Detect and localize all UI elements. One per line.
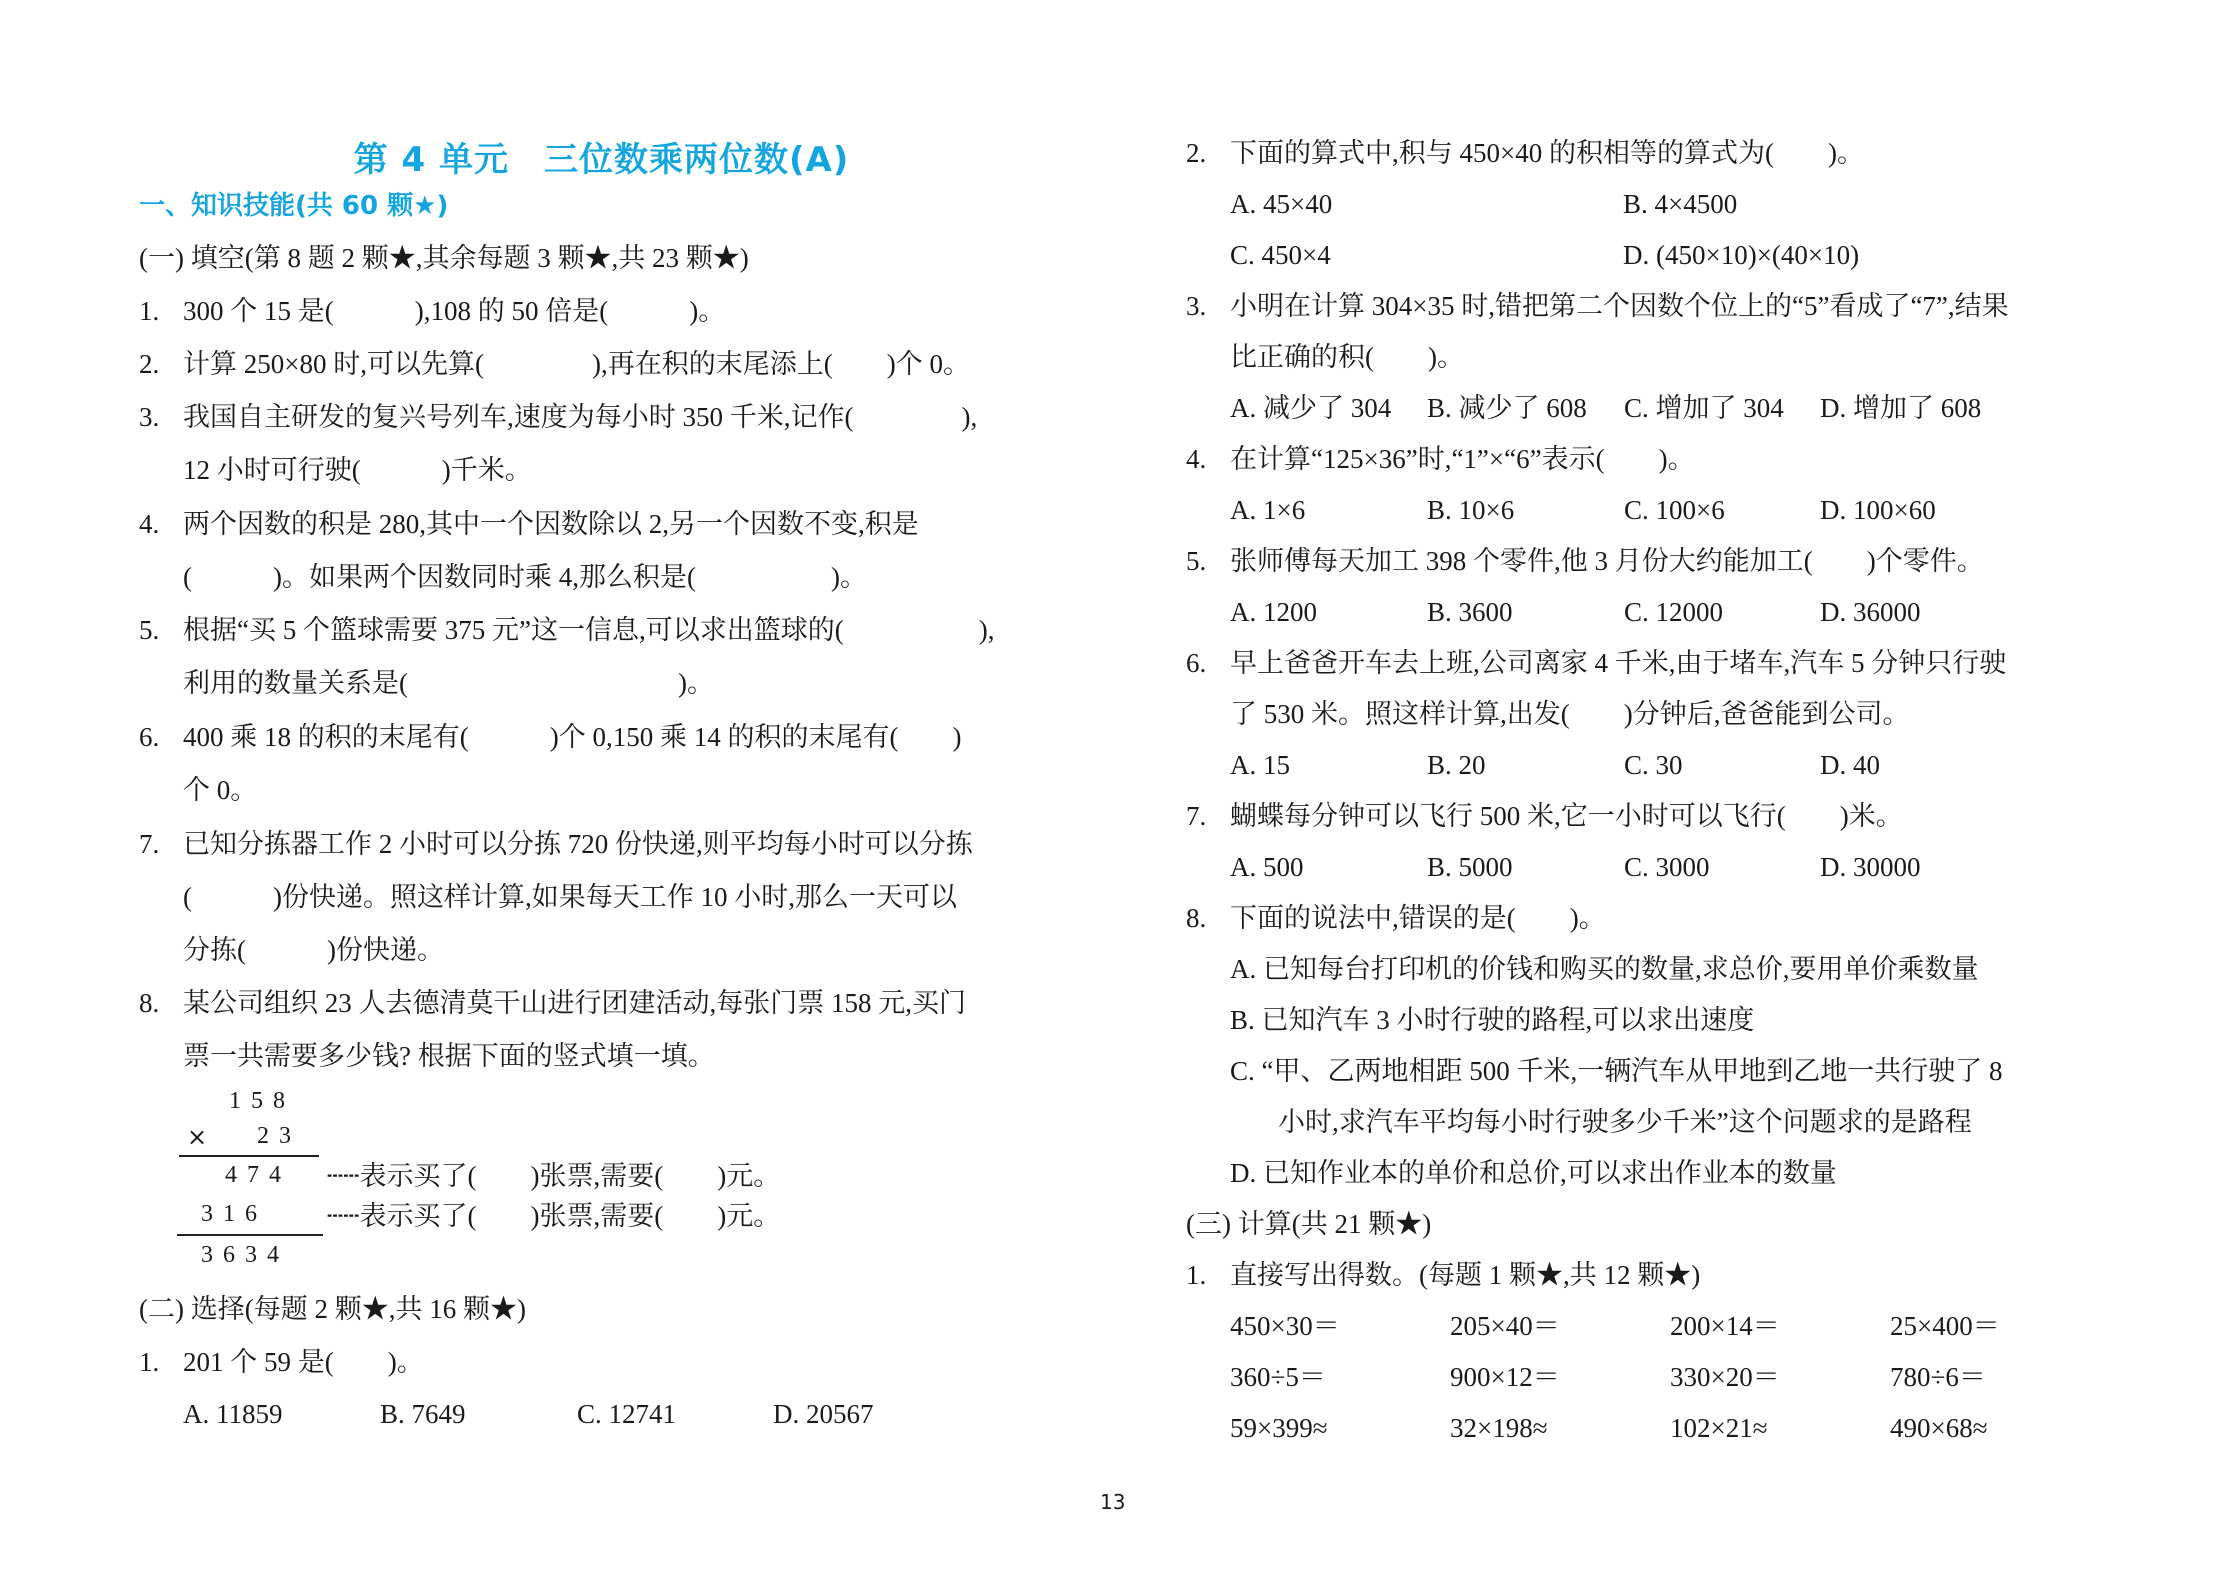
item-text: 某公司组织 23 人去德清莫干山进行团建活动,每张门票 158 元,买门 xyxy=(183,988,966,1018)
page-title: 第 4 单元 三位数乘两位数(A) xyxy=(139,132,1064,181)
multiplier: 23 xyxy=(257,1123,301,1150)
product-rule-1 xyxy=(179,1155,319,1157)
fill-item-7: 7.已知分拣器工作 2 小时可以分拣 720 份快递,则平均每小时可以分拣 xyxy=(139,826,973,862)
item-text: 201 个 59 是( )。 xyxy=(183,1347,424,1377)
item-number: 5. xyxy=(1186,543,1230,579)
item-number: 8. xyxy=(1186,900,1230,936)
fill-item-4: 4.两个因数的积是 280,其中一个因数除以 2,另一个因数不变,积是 xyxy=(139,506,919,542)
choice-item-4: 4.在计算“125×36”时,“1”×“6”表示( )。 xyxy=(1186,441,1695,477)
fill-item-7-cont-1: ( )份快递。照这样计算,如果每天工作 10 小时,那么一天可以 xyxy=(139,879,957,915)
calc-cell: 32×198≈ xyxy=(1450,1410,1548,1446)
page-number: 13 xyxy=(1100,1490,1125,1514)
item-text: 在计算“125×36”时,“1”×“6”表示( )。 xyxy=(1230,444,1695,474)
worksheet-page: 第 4 单元 三位数乘两位数(A) 一、知识技能(共 60 颗★) (一) 填空… xyxy=(0,0,2220,1571)
item-text: 计算 250×80 时,可以先算( ),再在积的末尾添上( )个 0。 xyxy=(183,349,970,379)
choice-item-7: 7.蝴蝶每分钟可以飞行 500 米,它一小时可以飞行( )米。 xyxy=(1186,798,1903,834)
option-a: A. 500 xyxy=(1230,849,1304,885)
item-number: 3. xyxy=(139,399,183,435)
calc-cell: 200×14＝ xyxy=(1670,1308,1780,1344)
calc-cell: 490×68≈ xyxy=(1890,1410,1988,1446)
fill-item-3-cont: 12 小时可行驶( )千米。 xyxy=(139,452,532,488)
item-text: 我国自主研发的复兴号列车,速度为每小时 350 千米,记作( ), xyxy=(183,402,977,432)
item-text: 下面的说法中,错误的是( )。 xyxy=(1230,903,1606,933)
option-c: C. 增加了 304 xyxy=(1624,390,1784,426)
fill-item-8-cont: 票一共需要多少钱? 根据下面的竖式填一填。 xyxy=(139,1038,715,1074)
option-a: A. 1×6 xyxy=(1230,492,1305,528)
item-number: 7. xyxy=(1186,798,1230,834)
item-number: 4. xyxy=(1186,441,1230,477)
calc-cell: 360÷5＝ xyxy=(1230,1359,1326,1395)
item-number: 7. xyxy=(139,826,183,862)
item-text: 早上爸爸开车去上班,公司离家 4 千米,由于堵车,汽车 5 分钟只行驶 xyxy=(1230,648,2006,678)
choice-item-2: 2.下面的算式中,积与 450×40 的积相等的算式为( )。 xyxy=(1186,135,1864,171)
calc-cell: 102×21≈ xyxy=(1670,1410,1768,1446)
item-number: 1. xyxy=(1186,1257,1230,1293)
choice-item-1: 1.201 个 59 是( )。 xyxy=(139,1344,424,1380)
fill-item-8: 8.某公司组织 23 人去德清莫干山进行团建活动,每张门票 158 元,买门 xyxy=(139,985,966,1021)
multiplicand: 158 xyxy=(229,1088,295,1115)
item-number: 6. xyxy=(1186,645,1230,681)
calc-cell: 59×399≈ xyxy=(1230,1410,1328,1446)
fill-in-header: (一) 填空(第 8 题 2 颗★,其余每题 3 颗★,共 23 颗★) xyxy=(139,240,749,276)
option-a: A. 15 xyxy=(1230,747,1290,783)
item-text: 直接写出得数。(每题 1 颗★,共 12 颗★) xyxy=(1230,1260,1700,1290)
item-number: 3. xyxy=(1186,288,1230,324)
option-d: D. 30000 xyxy=(1820,849,1921,885)
partial-product-2: 316 xyxy=(201,1201,267,1228)
item-number: 8. xyxy=(139,985,183,1021)
calc-item-1: 1.直接写出得数。(每题 1 颗★,共 12 颗★) xyxy=(1186,1257,1700,1293)
fill-item-3: 3.我国自主研发的复兴号列车,速度为每小时 350 千米,记作( ), xyxy=(139,399,977,435)
option-b: B. 减少了 608 xyxy=(1427,390,1587,426)
option-b: B. 10×6 xyxy=(1427,492,1514,528)
choice-item-8-option-d: D. 已知作业本的单价和总价,可以求出作业本的数量 xyxy=(1186,1155,1837,1191)
item-text: 已知分拣器工作 2 小时可以分拣 720 份快递,则平均每小时可以分拣 xyxy=(183,829,973,859)
fill-item-5: 5.根据“买 5 个篮球需要 375 元”这一信息,可以求出篮球的( ), xyxy=(139,612,994,648)
item-number: 2. xyxy=(1186,135,1230,171)
choice-item-3-cont: 比正确的积( )。 xyxy=(1186,339,1464,375)
option-c: C. 3000 xyxy=(1624,849,1710,885)
calc-cell: 25×400＝ xyxy=(1890,1308,2000,1344)
option-c: C. 12000 xyxy=(1624,594,1723,630)
option-d: D. 20567 xyxy=(773,1396,874,1432)
fill-item-4-cont: ( )。如果两个因数同时乘 4,那么积是( )。 xyxy=(139,559,867,595)
option-b: B. 20 xyxy=(1427,747,1486,783)
calc-cell: 205×40＝ xyxy=(1450,1308,1560,1344)
item-number: 1. xyxy=(139,293,183,329)
item-number: 4. xyxy=(139,506,183,542)
item-number: 1. xyxy=(139,1344,183,1380)
option-d: D. 40 xyxy=(1820,747,1880,783)
fill-item-7-cont-2: 分拣( )份快递。 xyxy=(139,932,444,968)
fill-item-6-cont: 个 0。 xyxy=(139,772,257,808)
choice-item-6: 6.早上爸爸开车去上班,公司离家 4 千米,由于堵车,汽车 5 分钟只行驶 xyxy=(1186,645,2006,681)
option-c: C. 450×4 xyxy=(1230,237,1331,273)
item-text: 300 个 15 是( ),108 的 50 倍是( )。 xyxy=(183,296,725,326)
final-product: 3634 xyxy=(201,1242,289,1269)
item-text: 张师傅每天加工 398 个零件,他 3 月份大约能加工( )个零件。 xyxy=(1230,546,1984,576)
item-text: 小明在计算 304×35 时,错把第二个因数个位上的“5”看成了“7”,结果 xyxy=(1230,291,2009,321)
calc-cell: 900×12＝ xyxy=(1450,1359,1560,1395)
item-text: 蝴蝶每分钟可以飞行 500 米,它一小时可以飞行( )米。 xyxy=(1230,801,1903,831)
item-text: 根据“买 5 个篮球需要 375 元”这一信息,可以求出篮球的( ), xyxy=(183,615,994,645)
times-sign: × xyxy=(187,1123,217,1151)
choice-header: (二) 选择(每题 2 颗★,共 16 颗★) xyxy=(139,1291,526,1327)
item-number: 6. xyxy=(139,719,183,755)
fill-item-2: 2.计算 250×80 时,可以先算( ),再在积的末尾添上( )个 0。 xyxy=(139,346,970,382)
item-number: 5. xyxy=(139,612,183,648)
fill-item-5-cont: 利用的数量关系是( )。 xyxy=(139,665,714,701)
option-b: B. 5000 xyxy=(1427,849,1513,885)
option-a: A. 45×40 xyxy=(1230,186,1332,222)
product-rule-2 xyxy=(177,1234,323,1236)
choice-item-6-cont: 了 530 米。照这样计算,出发( )分钟后,爸爸能到公司。 xyxy=(1186,696,1909,732)
fill-item-6: 6.400 乘 18 的积的末尾有( )个 0,150 乘 14 的积的末尾有(… xyxy=(139,719,961,755)
option-b: B. 3600 xyxy=(1427,594,1513,630)
choice-item-3: 3.小明在计算 304×35 时,错把第二个因数个位上的“5”看成了“7”,结果 xyxy=(1186,288,2009,324)
calc-cell: 780÷6＝ xyxy=(1890,1359,1986,1395)
option-a: A. 减少了 304 xyxy=(1230,390,1391,426)
option-c: C. 100×6 xyxy=(1624,492,1725,528)
section-heading-knowledge-skills: 一、知识技能(共 60 颗★) xyxy=(139,188,448,224)
option-d: D. 增加了 608 xyxy=(1820,390,1981,426)
choice-item-5: 5.张师傅每天加工 398 个零件,他 3 月份大约能加工( )个零件。 xyxy=(1186,543,1984,579)
calc-cell: 450×30＝ xyxy=(1230,1308,1340,1344)
option-d: D. 100×60 xyxy=(1820,492,1936,528)
option-d: D. (450×10)×(40×10) xyxy=(1623,237,1859,273)
option-a: A. 11859 xyxy=(183,1396,283,1432)
option-b: B. 7649 xyxy=(380,1396,466,1432)
choice-item-8-option-c: C. “甲、乙两地相距 500 千米,一辆汽车从甲地到乙地一共行驶了 8 xyxy=(1186,1053,2003,1089)
option-b: B. 4×4500 xyxy=(1623,186,1737,222)
option-c: C. 30 xyxy=(1624,747,1683,783)
option-d: D. 36000 xyxy=(1820,594,1921,630)
option-c: C. 12741 xyxy=(577,1396,676,1432)
item-text: 400 乘 18 的积的末尾有( )个 0,150 乘 14 的积的末尾有( ) xyxy=(183,722,961,752)
choice-item-8-option-a: A. 已知每台打印机的价钱和购买的数量,求总价,要用单价乘数量 xyxy=(1186,951,1979,987)
choice-item-8-option-b: B. 已知汽车 3 小时行驶的路程,可以求出速度 xyxy=(1186,1002,1754,1038)
fill-item-1: 1.300 个 15 是( ),108 的 50 倍是( )。 xyxy=(139,293,725,329)
option-a: A. 1200 xyxy=(1230,594,1317,630)
item-text: 两个因数的积是 280,其中一个因数除以 2,另一个因数不变,积是 xyxy=(183,509,919,539)
calc-cell: 330×20＝ xyxy=(1670,1359,1780,1395)
item-number: 2. xyxy=(139,346,183,382)
calc-header: (三) 计算(共 21 颗★) xyxy=(1186,1206,1431,1242)
choice-item-8-option-c-cont: 小时,求汽车平均每小时行驶多少千米”这个问题求的是路程 xyxy=(1278,1104,1972,1140)
vertical-note-1: ┄┄表示买了( )张票,需要( )元。 xyxy=(327,1158,780,1194)
partial-product-1: 474 xyxy=(225,1162,291,1189)
choice-item-8: 8.下面的说法中,错误的是( )。 xyxy=(1186,900,1606,936)
vertical-note-2: ┄┄表示买了( )张票,需要( )元。 xyxy=(327,1198,780,1234)
item-text: 下面的算式中,积与 450×40 的积相等的算式为( )。 xyxy=(1230,138,1864,168)
